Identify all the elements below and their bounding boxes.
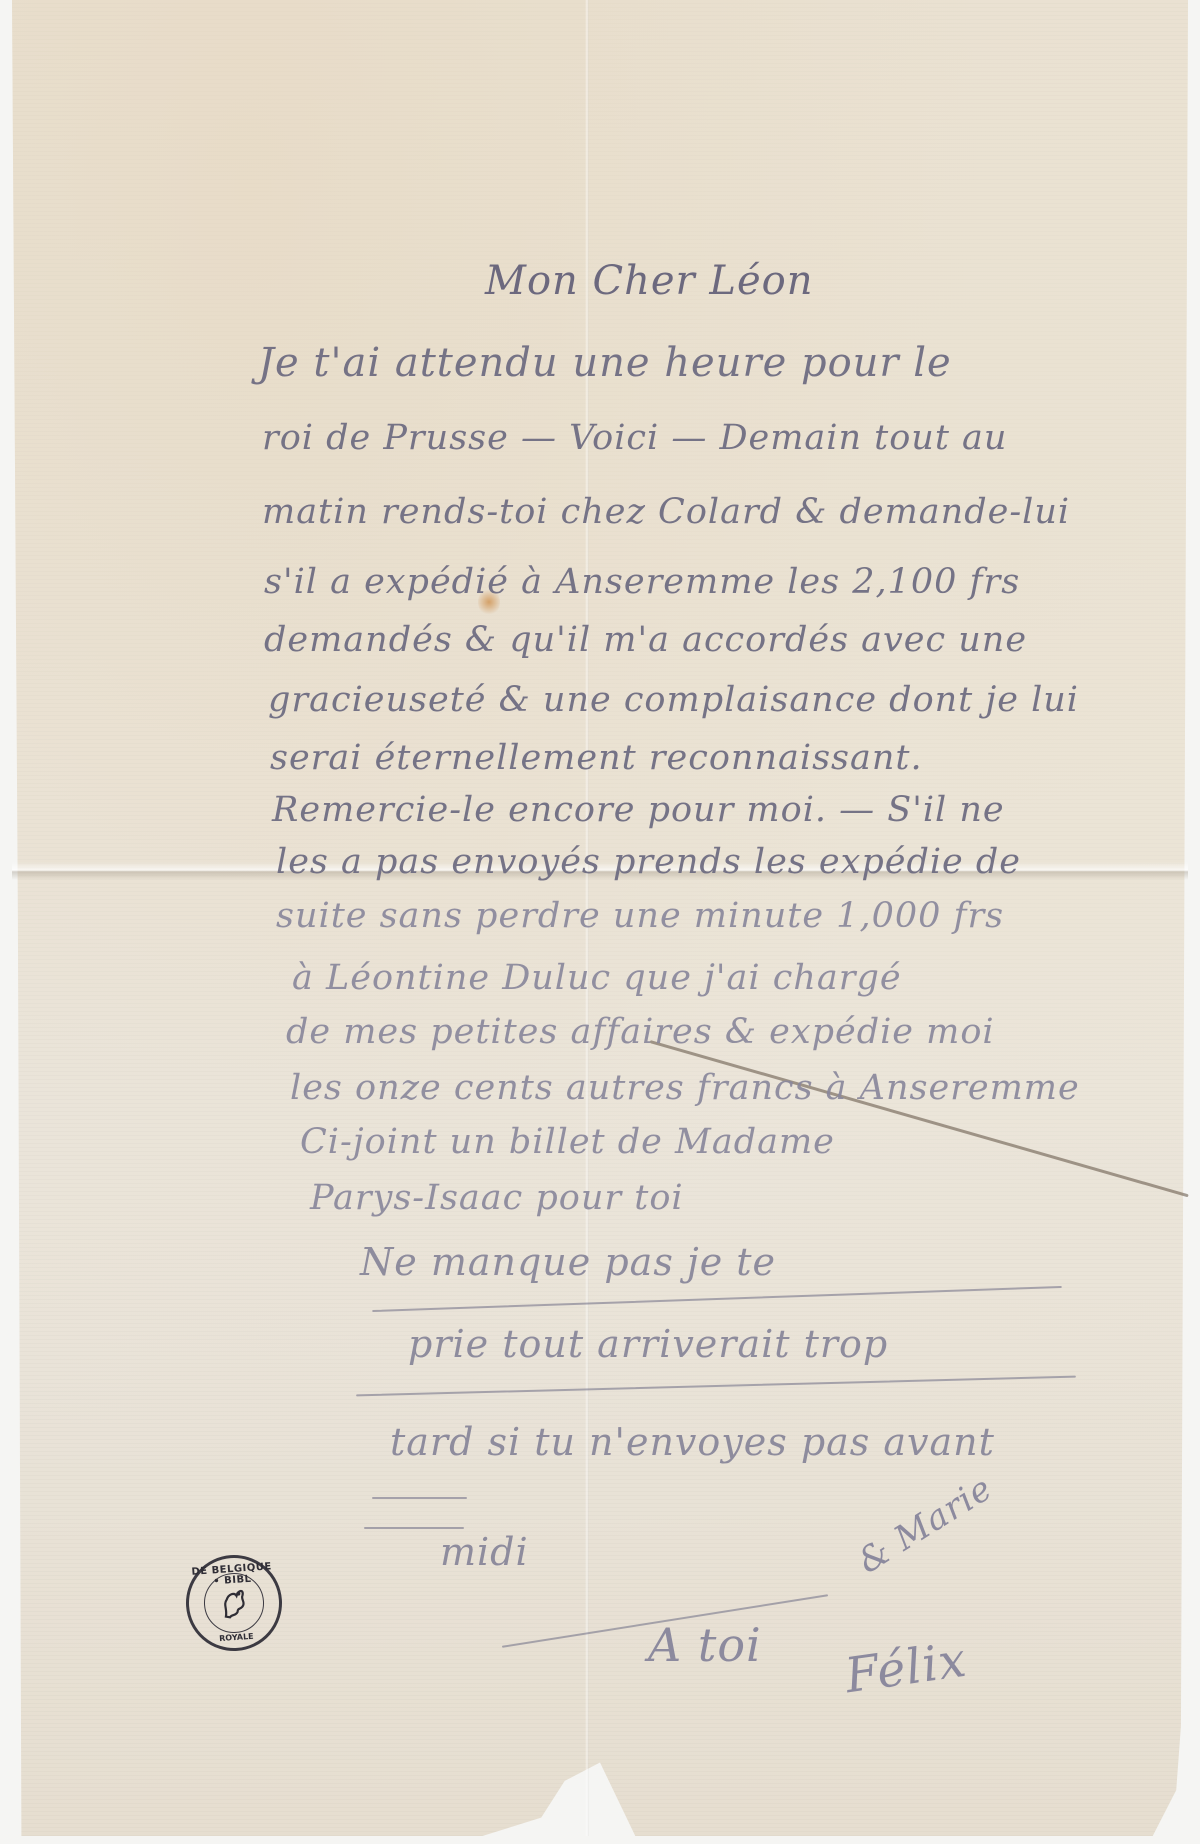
body-line: les onze cents autres francs à Anseremme bbox=[290, 1068, 1080, 1108]
library-stamp: DE BELGIQUE • BIBL ROYALE bbox=[183, 1552, 285, 1654]
body-line: s'il a expédié à Anseremme les 2,100 frs bbox=[264, 562, 1020, 602]
body-line: suite sans perdre une minute 1,000 frs bbox=[276, 896, 1004, 936]
body-line: serai éternellement reconnaissant. bbox=[270, 738, 923, 778]
body-line: à Léontine Duluc que j'ai chargé bbox=[292, 958, 902, 998]
postscript-line: tard si tu n'envoyes pas avant bbox=[390, 1420, 995, 1464]
underline-rule bbox=[364, 1527, 464, 1529]
body-line: Parys-Isaac pour toi bbox=[310, 1178, 684, 1218]
body-line: matin rends-toi chez Colard & demande-lu… bbox=[262, 492, 1070, 532]
letter-content: Mon Cher Léon Je t'ai attendu une heure … bbox=[0, 0, 1200, 1844]
underline-rule bbox=[356, 1376, 1076, 1397]
signature: Félix bbox=[842, 1632, 970, 1704]
postscript-line: Ne manque pas je te bbox=[360, 1240, 776, 1284]
body-line: de mes petites affaires & expédie moi bbox=[286, 1012, 995, 1052]
body-line: Remercie-le encore pour moi. — S'il ne bbox=[272, 790, 1005, 830]
postscript-line: prie tout arriverait trop bbox=[408, 1322, 888, 1366]
body-line: Je t'ai attendu une heure pour le bbox=[258, 340, 952, 386]
underline-rule bbox=[372, 1497, 467, 1499]
underline-rule bbox=[372, 1286, 1062, 1312]
postscript-line: midi bbox=[440, 1530, 529, 1574]
body-line: les a pas envoyés prends les expédie de bbox=[276, 842, 1021, 882]
closing-phrase: A toi bbox=[648, 1618, 762, 1672]
body-line: Ci-joint un billet de Madame bbox=[300, 1122, 835, 1162]
closing-aside: & Marie bbox=[851, 1468, 1000, 1582]
body-line: roi de Prusse — Voici — Demain tout au bbox=[262, 418, 1007, 458]
body-line: demandés & qu'il m'a accordés avec une bbox=[264, 620, 1027, 660]
body-line: gracieuseté & une complaisance dont je l… bbox=[268, 680, 1079, 720]
salutation: Mon Cher Léon bbox=[485, 258, 813, 304]
